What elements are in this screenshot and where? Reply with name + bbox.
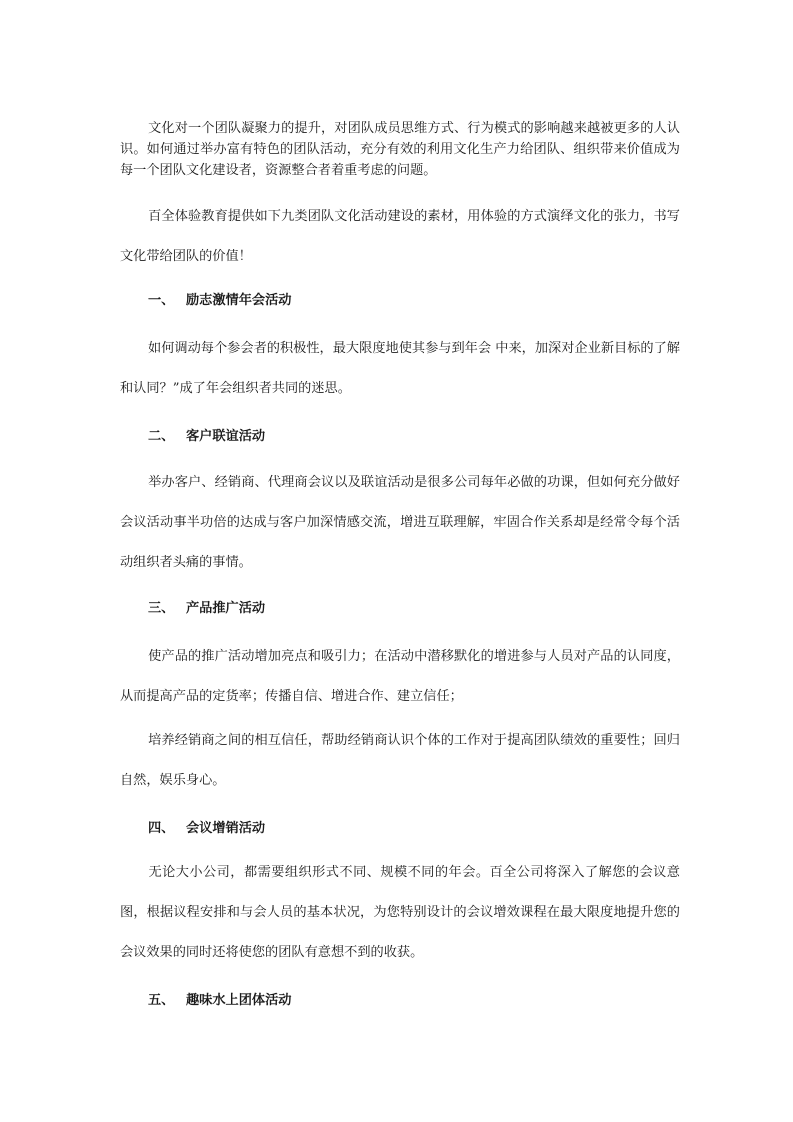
section-heading-2: 二、客户联谊活动 — [148, 425, 265, 444]
section-title: 产品推广活动 — [186, 601, 265, 616]
paragraph-text: 培养经销商之间的相互信任，帮助经销商认识个体的工作对于提高团队绩效的重要性；回归… — [120, 733, 680, 788]
section-3-paragraph-2: 培养经销商之间的相互信任，帮助经销商认识个体的工作对于提高团队绩效的重要性；回归… — [120, 721, 680, 801]
lead-paragraph: 百全体验教育提供如下九类团队文化活动建设的素材，用体验的方式演绎文化的张力，书写… — [120, 197, 680, 277]
section-1-paragraph: 如何调动每个参会者的积极性，最大限度地使其参与到年会 中来，加深对企业新目标的了… — [120, 329, 680, 409]
section-2-paragraph: 举办客户、经销商、代理商会议以及联谊活动是很多公司每年必做的功课，但如何充分做好… — [120, 463, 680, 583]
section-number: 一、 — [148, 289, 186, 308]
section-title: 励志激情年会活动 — [186, 293, 292, 308]
paragraph-text: 使产品的推广活动增加亮点和吸引力；在活动中潜移默化的增进参与人员对产品的认同度，… — [120, 649, 680, 704]
section-heading-3: 三、产品推广活动 — [148, 597, 265, 616]
section-4-paragraph: 无论大小公司，都需要组织形式不同、规模不同的年会。百全公司将深入了解您的会议意图… — [120, 853, 680, 973]
intro-text: 文化对一个团队凝聚力的提升，对团队成员思维方式、行为模式的影响越来越被更多的人认… — [120, 121, 680, 178]
paragraph-text: 举办客户、经销商、代理商会议以及联谊活动是很多公司每年必做的功课，但如何充分做好… — [120, 475, 680, 570]
section-number: 二、 — [148, 425, 186, 444]
paragraph-text: 无论大小公司，都需要组织形式不同、规模不同的年会。百全公司将深入了解您的会议意图… — [120, 865, 680, 960]
section-title: 趣味水上团体活动 — [186, 993, 292, 1008]
section-heading-4: 四、会议增销活动 — [148, 817, 265, 836]
section-number: 四、 — [148, 817, 186, 836]
paragraph-text: 如何调动每个参会者的积极性，最大限度地使其参与到年会 中来，加深对企业新目标的了… — [120, 341, 680, 396]
section-heading-1: 一、励志激情年会活动 — [148, 289, 292, 308]
section-title: 客户联谊活动 — [186, 429, 265, 444]
section-number: 五、 — [148, 989, 186, 1008]
section-title: 会议增销活动 — [186, 821, 265, 836]
section-3-paragraph-1: 使产品的推广活动增加亮点和吸引力；在活动中潜移默化的增进参与人员对产品的认同度，… — [120, 637, 680, 717]
section-heading-5: 五、趣味水上团体活动 — [148, 989, 292, 1008]
document-page: 文化对一个团队凝聚力的提升，对团队成员思维方式、行为模式的影响越来越被更多的人认… — [0, 0, 793, 1122]
intro-paragraph: 文化对一个团队凝聚力的提升，对团队成员思维方式、行为模式的影响越来越被更多的人认… — [120, 118, 680, 181]
section-number: 三、 — [148, 597, 186, 616]
lead-text: 百全体验教育提供如下九类团队文化活动建设的素材，用体验的方式演绎文化的张力，书写… — [120, 209, 680, 264]
